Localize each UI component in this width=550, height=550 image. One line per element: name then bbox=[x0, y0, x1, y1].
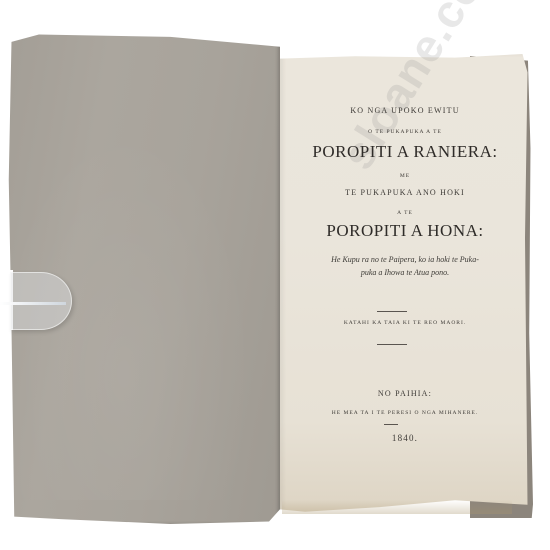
translation-note: KATAHI KA TAIA KI TE REO MAORI. bbox=[280, 320, 530, 326]
title-conjunction: ME bbox=[280, 173, 530, 179]
plastic-clip bbox=[10, 272, 72, 330]
title-line-2: O TE PUKAPUKA A TE bbox=[280, 129, 530, 135]
divider-rule-2 bbox=[377, 344, 407, 345]
subtitle-line-1: He Kupu ra no te Paipera, ko ia hoki te … bbox=[280, 253, 530, 267]
main-title-hona: POROPITI A HONA: bbox=[280, 221, 530, 241]
divider-rule-3 bbox=[384, 424, 398, 425]
imprint-printer: HE MEA TA I TE PERESI O NGA MIHANERE. bbox=[280, 410, 530, 416]
subtitle-line-2: puka a Ihowa te Atua pono. bbox=[280, 266, 530, 280]
divider-rule-1 bbox=[377, 311, 407, 312]
imprint-place: NO PAIHIA: bbox=[280, 389, 530, 398]
publication-year: 1840. bbox=[280, 433, 530, 443]
clip-rod bbox=[0, 302, 66, 305]
title-line-1: KO NGA UPOKO EWITU bbox=[280, 106, 530, 115]
photo-scene: sloane.co.nz KO NGA UPOKO EWITU O TE PUK… bbox=[0, 0, 550, 550]
main-title-raniera: POROPITI A RANIERA: bbox=[280, 142, 530, 162]
title-line-4: A TE bbox=[280, 210, 530, 216]
title-page bbox=[280, 54, 530, 514]
title-line-3: TE PUKAPUKA ANO HOKI bbox=[280, 188, 530, 197]
